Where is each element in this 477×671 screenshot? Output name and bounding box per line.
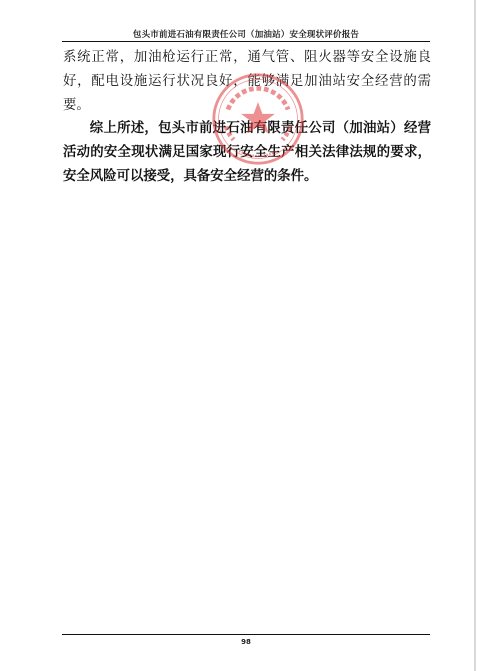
page-number: 98 <box>62 638 430 646</box>
paragraph-system-status: 系统正常，加油枪运行正常，通气管、阻火器等安全设施良好，配电设施运行状况良好，能… <box>63 46 431 117</box>
header-divider <box>62 41 430 42</box>
paragraph-conclusion: 综上所述，包头市前进石油有限责任公司（加油站）经营活动的安全现状满足国家现行安全… <box>63 117 431 188</box>
page-edge-scrollbar <box>474 0 476 671</box>
document-header-title: 包头市前进石油有限责任公司（加油站）安全现状评价报告 <box>62 28 430 40</box>
footer-divider <box>62 634 430 635</box>
document-body: 系统正常，加油枪运行正常，通气管、阻火器等安全设施良好，配电设施运行状况良好，能… <box>63 46 431 189</box>
